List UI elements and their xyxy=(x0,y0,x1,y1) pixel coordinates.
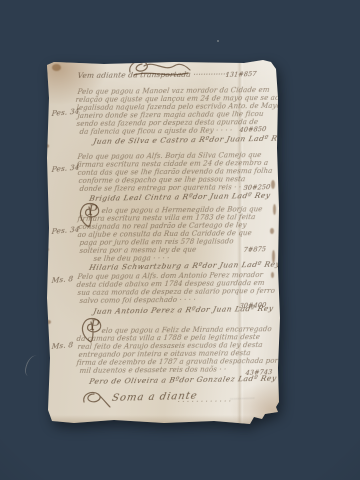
signature-line: Brigida Leal Cintra a Rºdor Juan Ladº Re… xyxy=(88,192,271,203)
manuscript-line: mil duzentos e desasete reis dos naõs · … xyxy=(79,365,227,375)
sum-flourish-icon xyxy=(80,388,112,410)
sum-leader-dots: · · · · · · · · · · · · xyxy=(177,397,231,406)
manuscript-page: Vem adiante da transportada ············… xyxy=(44,58,281,425)
signature-line: Juan de Silva e Castro a Rºdor Juan Ladº… xyxy=(92,135,287,146)
carry-forward-amount: 131#857 xyxy=(225,70,257,79)
dust-speck xyxy=(217,40,219,42)
amount-note: 7#875 xyxy=(243,245,266,254)
paper-sheet: Vem adiante da transportada ············… xyxy=(44,58,281,425)
manuscript-line: salvo como foi despachado · · · · xyxy=(79,296,196,305)
photograph-of-manuscript: Vem adiante da transportada ············… xyxy=(0,0,360,480)
margin-note: Ms. 8 xyxy=(51,341,73,351)
initial-letter: P xyxy=(90,318,99,334)
handwritten-content: Vem adiante da transportada ············… xyxy=(44,58,281,425)
amount-note: 40#850 xyxy=(239,125,267,134)
background-scratch xyxy=(23,354,42,379)
signature-line: Juan Antonio Perez a Rºdor Juan Ladº Rey xyxy=(92,305,274,316)
signature-line: Pero de Oliveira a Bºdor Gonzalez Ladº R… xyxy=(88,375,277,386)
archival-note: ············· xyxy=(230,396,255,404)
margin-note: Ms. 8 xyxy=(51,275,73,285)
carry-forward-line: Vem adiante da transportada ············… xyxy=(77,70,228,80)
sum-flourish-icon xyxy=(80,388,112,415)
